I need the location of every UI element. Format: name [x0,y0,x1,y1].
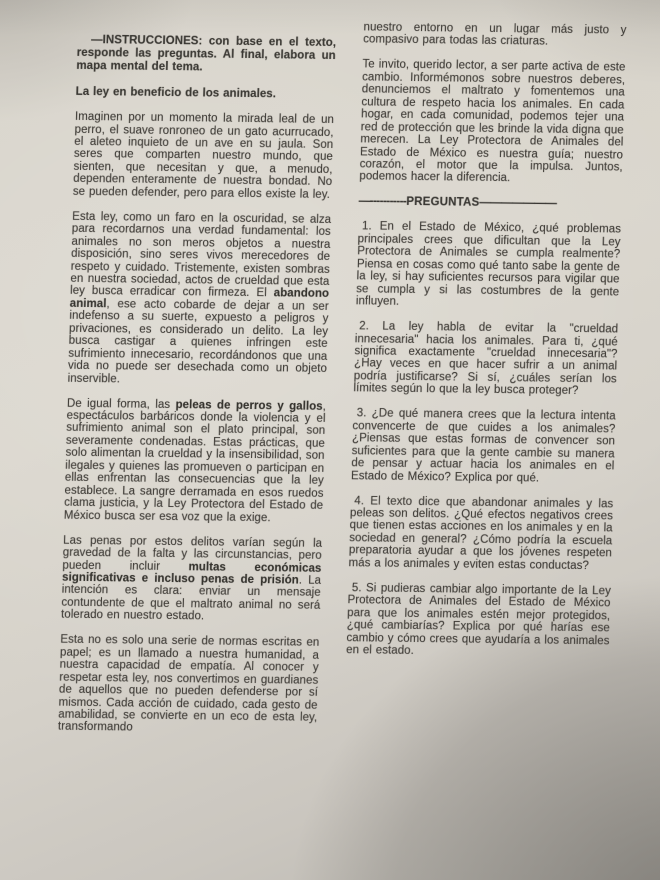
paper-sheet: —INSTRUCCIONES: con base en el texto, re… [0,0,660,880]
bold-peleas: peleas de perros y gallos [175,399,322,413]
reading-title: La ley en beneficio de los animales. [75,86,334,102]
right-text-column: nuestro entorno en un lugar más justo y … [346,21,627,672]
header-dashes-left: —----------- [358,196,406,209]
paragraph-fights: De igual forma, las peleas de perros y g… [64,397,326,525]
paragraph-law-text: , ese acto cobarde de dejar a un ser ind… [67,298,328,385]
photographed-worksheet: —INSTRUCCIONES: con base en el texto, re… [0,0,660,880]
paragraph-law: Esta ley, como un faro en la oscuridad, … [67,211,331,388]
paragraph-fights-text: De igual forma, las [67,397,176,410]
paragraph-law-text: Esta ley, como un faro en la oscuridad, … [70,211,331,300]
paragraph-continuation: nuestro entorno en un lugar más justo y … [363,21,627,49]
paragraph-imagine: Imaginen por un momento la mirada leal d… [73,111,334,201]
paragraph-fights-text: , espectáculos barbáricos donde la viole… [64,400,326,523]
paragraph-humanity: Esta no es solo una serie de normas escr… [58,634,320,737]
questions-header-label: PREGUNTAS [406,196,479,209]
question-3: 3. ¿De qué manera crees que la lectura i… [351,408,616,486]
question-2: 2. La ley habla de evitar la "crueldad i… [353,320,618,398]
questions-header: —-----------PREGUNTAS——————— [358,196,621,212]
paragraph-invite: Te invito, querido lector, a ser parte a… [359,59,625,187]
question-4: 4. El texto dice que abandonar animales … [348,495,613,573]
paragraph-penalties: Las penas por estos delitos varían según… [61,534,322,624]
question-5: 5. Si pudieras cambiar algo importante d… [346,582,611,660]
question-1: 1. En el Estado de México, ¿qué problema… [356,221,621,311]
left-text-column: —INSTRUCCIONES: con base en el texto, re… [57,34,336,749]
instructions-text: —INSTRUCCIONES: con base en el texto, re… [76,34,336,77]
header-dashes-right: ——————— [479,197,556,210]
